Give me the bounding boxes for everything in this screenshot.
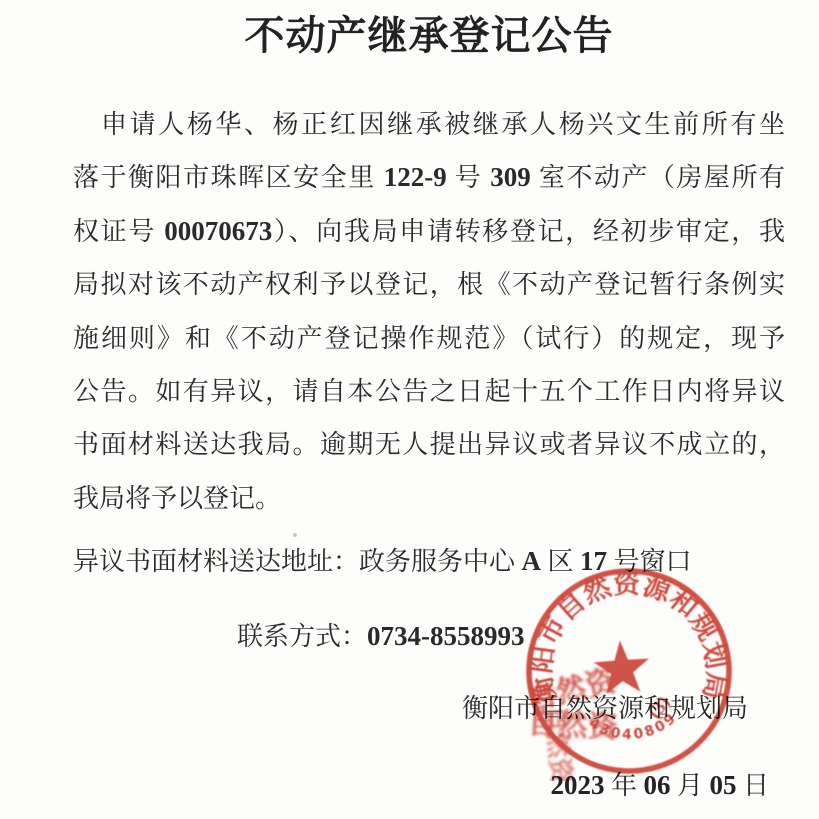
text-segment: 施细则》和《不动产登记操作规范》（试行）的规定，现予 bbox=[73, 324, 785, 353]
text-segment: 我局将予以登记。 bbox=[73, 484, 281, 513]
text-segment: 申请人杨华、杨正红因继承被继承人杨兴文生前所有坐 bbox=[101, 110, 785, 139]
text-segment: 号窗口 bbox=[607, 547, 692, 576]
text-segment: 公告。如有异议，请自本公告之日起十五个工作日内将异议 bbox=[73, 377, 785, 406]
text-segment: 06 bbox=[643, 770, 670, 800]
scan-speck bbox=[293, 533, 297, 537]
official-seal: 衡阳市自然资源和规划局 (3) 4304080912 自然资 自然资 自然资 bbox=[519, 561, 739, 781]
text-segment: 05 bbox=[709, 770, 736, 800]
text-segment: 落于衡阳市珠晖区安全里 bbox=[73, 163, 384, 192]
contact-phone-line: 联系方式：0734-8558993 bbox=[237, 616, 785, 657]
paragraph-line: 申请人杨华、杨正红因继承被继承人杨兴文生前所有坐 bbox=[73, 98, 785, 151]
text-segment: 异议书面材料送达地址：政务服务中心 bbox=[73, 547, 522, 576]
text-segment: 00070673 bbox=[164, 216, 272, 246]
paragraph-line: 书面材料送达我局。逾期无人提出异议或者异议不成立的， bbox=[73, 418, 785, 471]
text-segment: 区 bbox=[541, 547, 580, 576]
seal-border bbox=[522, 564, 735, 777]
issuing-authority-signature: 衡阳市自然资源和规划局 bbox=[73, 689, 748, 729]
page-title: 不动产继承登记公告 bbox=[73, 12, 785, 60]
notice-paragraph: 申请人杨华、杨正红因继承被继承人杨兴文生前所有坐 落于衡阳市珠晖区安全里 122… bbox=[73, 98, 785, 525]
text-segment: 2023 bbox=[550, 770, 604, 800]
text-segment: A bbox=[522, 546, 542, 576]
text-segment: 0734-8558993 bbox=[367, 621, 525, 651]
paragraph-line: 公告。如有异议，请自本公告之日起十五个工作日内将异议 bbox=[73, 365, 785, 418]
text-segment: 日 bbox=[736, 771, 769, 800]
text-segment: 17 bbox=[580, 546, 607, 576]
text-segment: 309 bbox=[490, 162, 531, 192]
official-seal-graphic: 衡阳市自然资源和规划局 (3) 4304080912 自然资 自然资 自然资 bbox=[519, 561, 739, 781]
notice-document: 不动产继承登记公告 申请人杨华、杨正红因继承被继承人杨兴文生前所有坐 落于衡阳市… bbox=[0, 0, 819, 819]
paragraph-line: 施细则》和《不动产登记操作规范》（试行）的规定，现予 bbox=[73, 312, 785, 365]
text-segment: ）、向我局申请转移登记，经初步审定，我 bbox=[272, 217, 785, 246]
text-segment: 局拟对该不动产权利予以登记，根《不动产登记暂行条例实 bbox=[73, 270, 785, 299]
text-segment: 号 bbox=[447, 163, 491, 192]
paragraph-line: 我局将予以登记。 bbox=[73, 472, 785, 525]
issue-date-line: 2023 年 06 月 05 日 bbox=[73, 765, 769, 806]
paragraph-line: 权证号 00070673）、向我局申请转移登记，经初步审定，我 bbox=[73, 205, 785, 258]
text-segment: 122-9 bbox=[384, 162, 447, 192]
paragraph-line: 局拟对该不动产权利予以登记，根《不动产登记暂行条例实 bbox=[73, 258, 785, 311]
text-segment: 权证号 bbox=[73, 217, 164, 246]
text-segment: 联系方式： bbox=[237, 622, 367, 651]
paragraph-line: 落于衡阳市珠晖区安全里 122-9 号 309 室不动产（房屋所有 bbox=[73, 151, 785, 204]
text-segment: 年 bbox=[604, 771, 643, 800]
text-segment: 月 bbox=[670, 771, 709, 800]
text-segment: 书面材料送达我局。逾期无人提出异议或者异议不成立的， bbox=[73, 430, 785, 459]
text-segment: 室不动产（房屋所有 bbox=[531, 163, 785, 192]
objection-address-line: 异议书面材料送达地址：政务服务中心 A 区 17 号窗口 bbox=[73, 541, 785, 582]
